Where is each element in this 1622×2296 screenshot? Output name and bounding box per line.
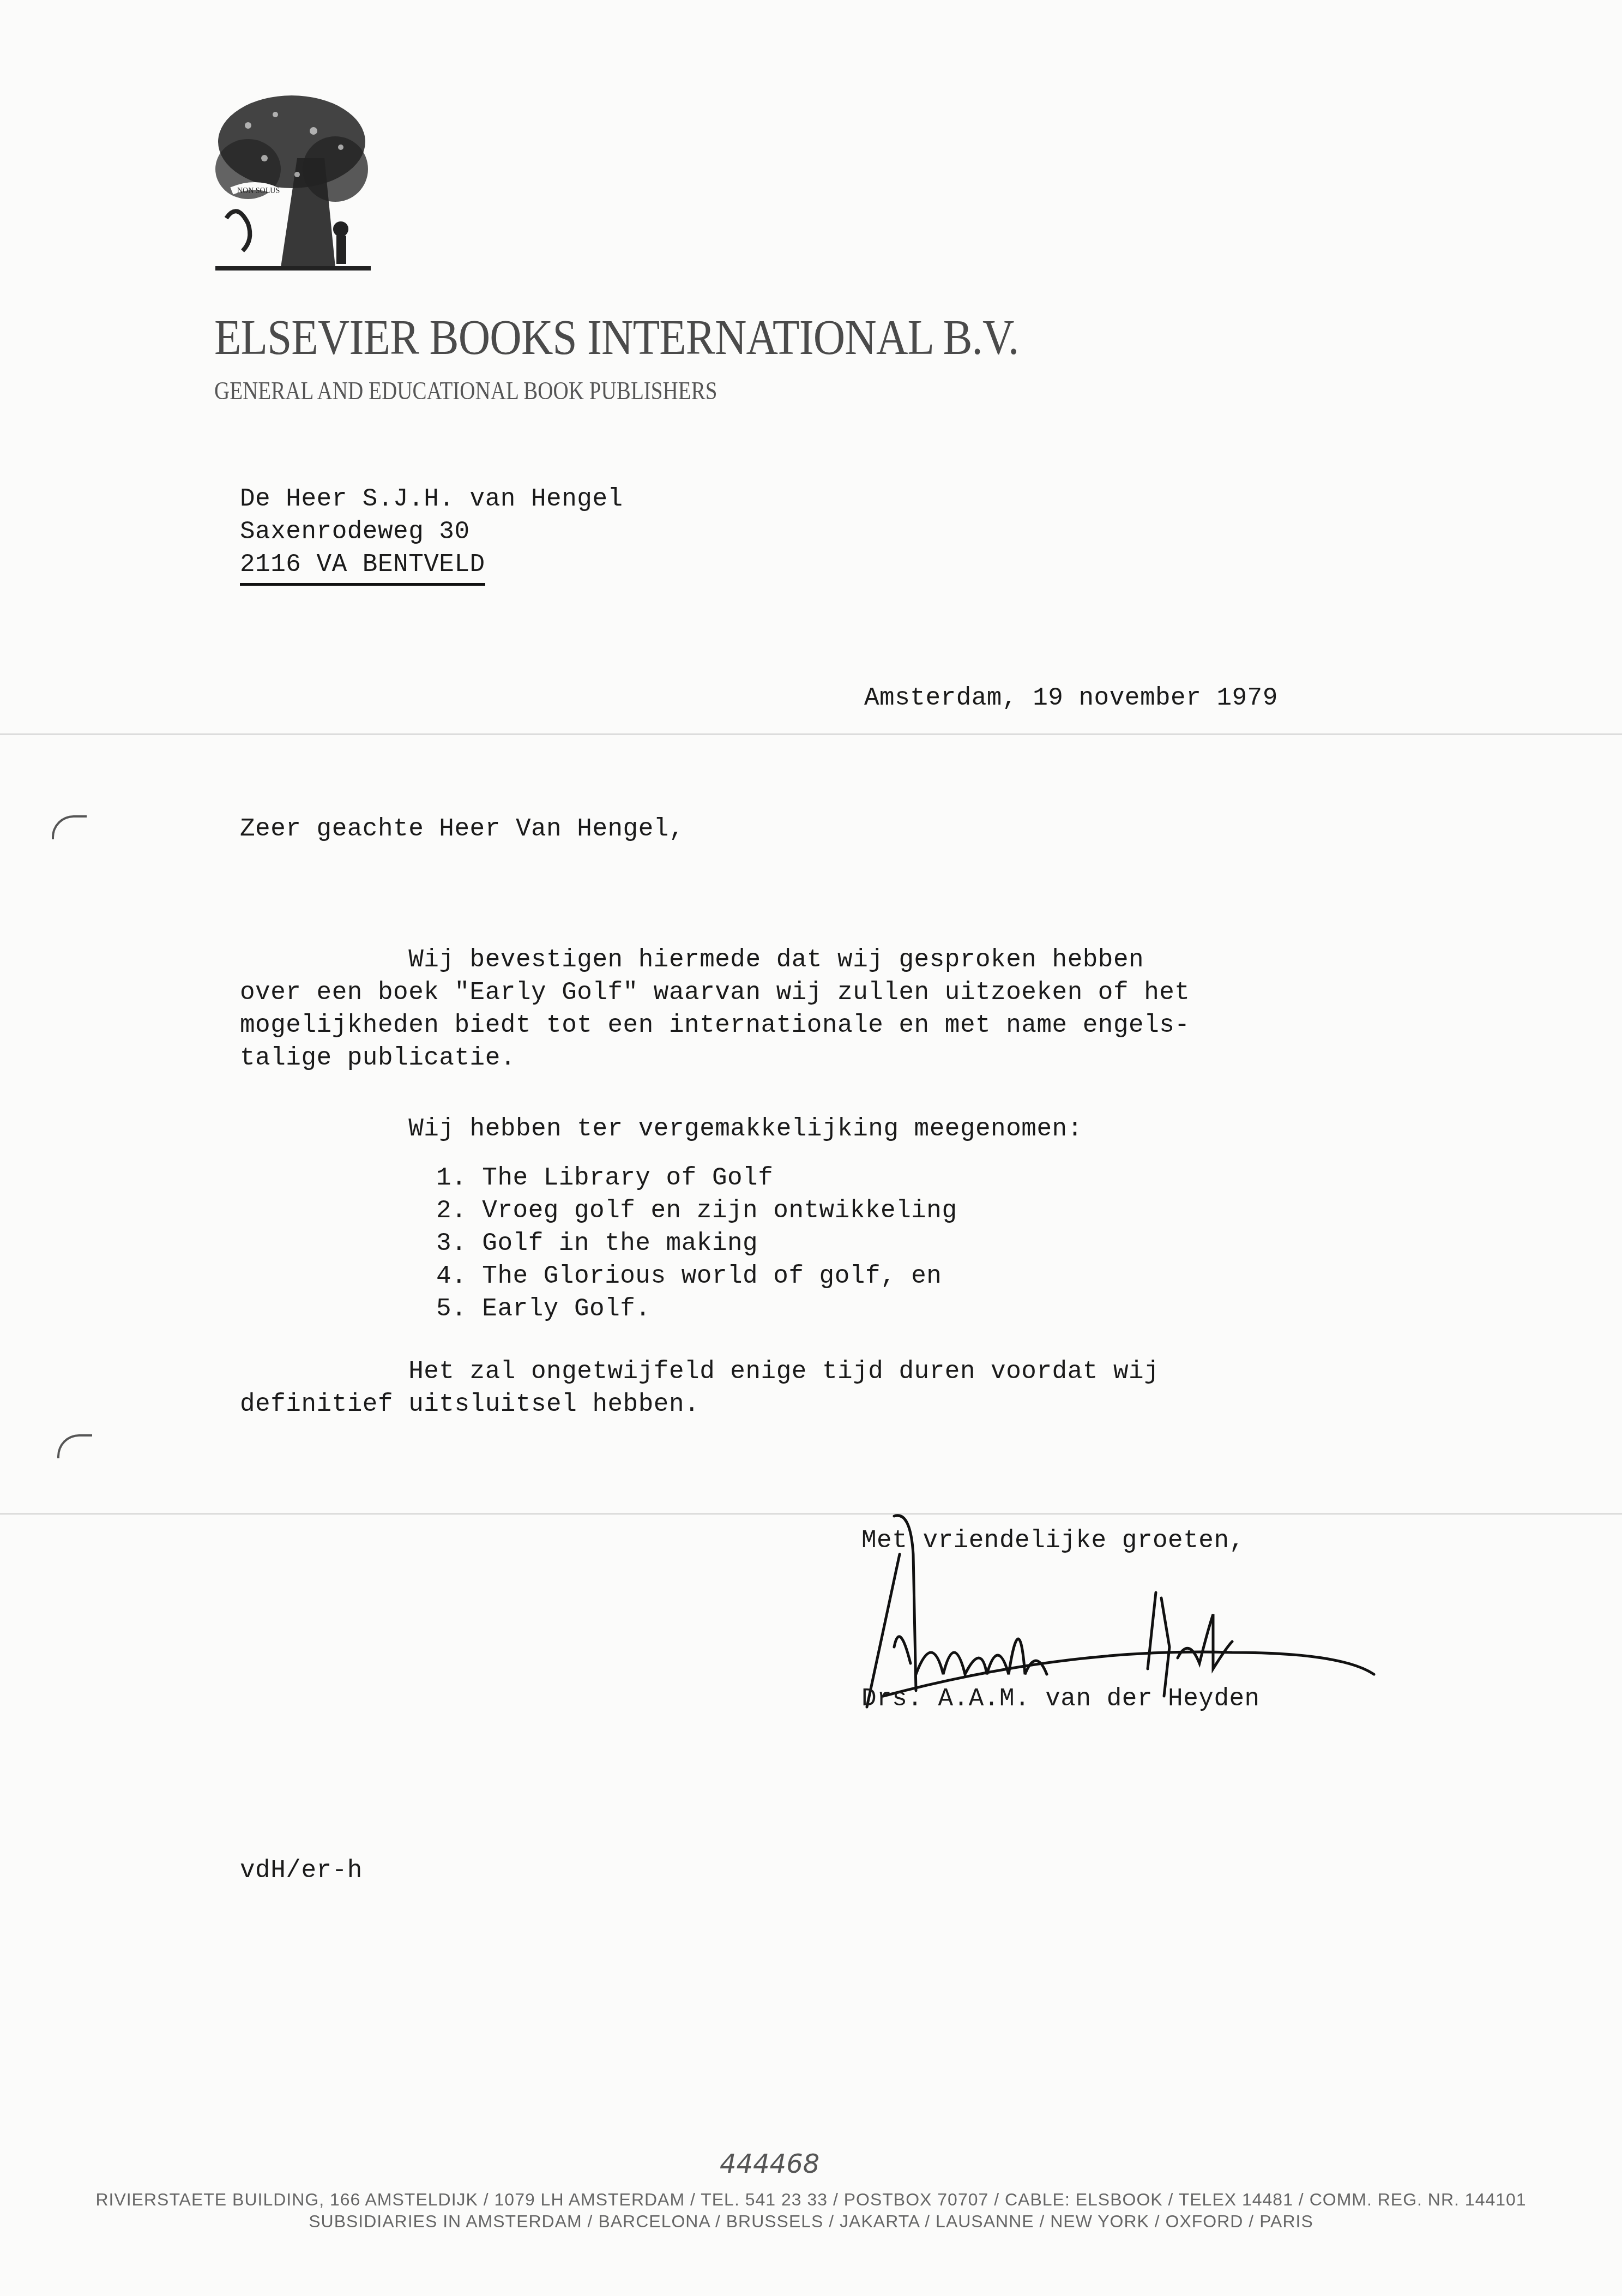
body-line: Wij bevestigen hiermede dat wij gesproke… — [240, 943, 1190, 976]
logo-motto: NON SOLUS — [237, 187, 280, 195]
body-line: Het zal ongetwijfeld enige tijd duren vo… — [240, 1355, 1159, 1388]
handwritten-archive-number: 444468 — [720, 2149, 819, 2179]
body-line: definitief uitsluitsel hebben. — [240, 1388, 1159, 1421]
recipient-postcode-city: 2116 VA BENTVELD — [240, 548, 485, 586]
list-item: 4. The Glorious world of golf, en — [436, 1260, 957, 1293]
date-line: Amsterdam, 19 november 1979 — [864, 682, 1278, 714]
elsevier-tree-logo: NON SOLUS — [215, 93, 371, 275]
punch-hole-mark — [52, 815, 87, 839]
body-paragraph-3: Het zal ongetwijfeld enige tijd duren vo… — [240, 1355, 1159, 1421]
body-line: mogelijkheden biedt tot een internationa… — [240, 1009, 1190, 1042]
body-line: over een boek "Early Golf" waarvan wij z… — [240, 976, 1190, 1009]
reference-initials: vdH/er-h — [240, 1854, 363, 1887]
recipient-name: De Heer S.J.H. van Hengel — [240, 483, 623, 515]
footer-address: RIVIERSTAETE BUILDING, 166 AMSTELDIJK / … — [0, 2190, 1622, 2210]
company-name: ELSEVIER BOOKS INTERNATIONAL B.V. — [214, 308, 1018, 366]
signatory-name: Drs. A.A.M. van der Heyden — [861, 1682, 1260, 1715]
list-item: 3. Golf in the making — [436, 1227, 957, 1260]
body-line: talige publicatie. — [240, 1042, 1190, 1074]
book-list: 1. The Library of Golf 2. Vroeg golf en … — [436, 1162, 957, 1325]
list-item: 5. Early Golf. — [436, 1293, 957, 1325]
punch-hole-mark — [57, 1434, 92, 1458]
footer-subsidiaries: SUBSIDIARIES IN AMSTERDAM / BARCELONA / … — [0, 2211, 1622, 2232]
recipient-street: Saxenrodeweg 30 — [240, 515, 470, 548]
list-item: 1. The Library of Golf — [436, 1162, 957, 1194]
list-item: 2. Vroeg golf en zijn ontwikkeling — [436, 1194, 957, 1227]
company-tagline: GENERAL AND EDUCATIONAL BOOK PUBLISHERS — [214, 376, 717, 405]
fold-line-top — [0, 734, 1622, 735]
body-paragraph-2: Wij hebben ter vergemakkelijking meegeno… — [240, 1113, 1083, 1145]
salutation: Zeer geachte Heer Van Hengel, — [240, 813, 684, 845]
body-paragraph-1: Wij bevestigen hiermede dat wij gesproke… — [240, 943, 1190, 1074]
